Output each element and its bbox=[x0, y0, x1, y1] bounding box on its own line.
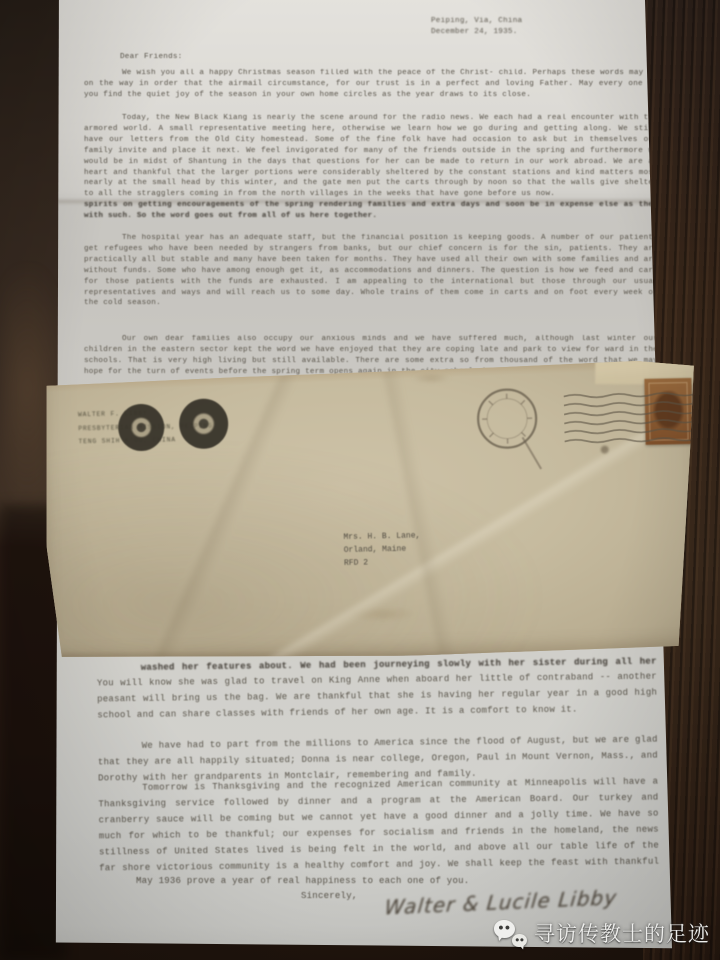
letter-lower-section: washed her features about. We had been j… bbox=[97, 655, 660, 882]
letter-closing-line: May 1936 prove a year of real happiness … bbox=[136, 874, 626, 889]
wechat-icon bbox=[494, 920, 527, 947]
envelope: WALTER F. LIBBY PRESBYTERIAN MISSION, PE… bbox=[43, 360, 701, 663]
cancellation-waves-icon bbox=[564, 388, 700, 447]
photo-of-letter-and-envelope: { "letter": { "dateline": ["Peiping, Via… bbox=[0, 0, 720, 960]
chat-bubble-small bbox=[512, 934, 527, 947]
letter-paragraph: The hospital year has an adequate staff,… bbox=[84, 233, 658, 321]
postmark-circle-icon bbox=[473, 385, 545, 478]
letter-salutation: Dear Friends: bbox=[120, 52, 260, 64]
envelope-stain bbox=[348, 605, 418, 622]
letter-paragraph: You will know she was glad to travel on … bbox=[97, 670, 658, 725]
letter-dateline: Peiping, Via, China December 24, 1935. bbox=[431, 16, 581, 42]
chat-bubble-large bbox=[494, 920, 515, 938]
watermark: 寻访传教士的足迹 bbox=[494, 918, 710, 948]
letter-paragraph: Tomorrow is Thanksgiving and the recogni… bbox=[98, 775, 659, 874]
letter-paragraph-smudged: spirits on getting encouragements of the… bbox=[84, 200, 658, 223]
envelope-mailing-address: Mrs. H. B. Lane, Orland, Maine RFD 2 bbox=[343, 528, 524, 570]
envelope-stain bbox=[601, 446, 609, 454]
return-address-line: TENG SHIH K'OU, CHINA bbox=[78, 432, 274, 450]
envelope-return-address: WALTER F. LIBBY PRESBYTERIAN MISSION, PE… bbox=[78, 404, 275, 449]
dateline-date: December 24, 1935. bbox=[431, 27, 581, 38]
dateline-place: Peiping, Via, China bbox=[431, 16, 581, 27]
letter-paragraph: Today, the New Black Kiang is nearly the… bbox=[84, 113, 658, 200]
letter-paragraph: We wish you all a happy Christmas season… bbox=[84, 68, 658, 102]
envelope-stain bbox=[411, 373, 451, 384]
watermark-text: 寻访传教士的足迹 bbox=[534, 918, 710, 948]
